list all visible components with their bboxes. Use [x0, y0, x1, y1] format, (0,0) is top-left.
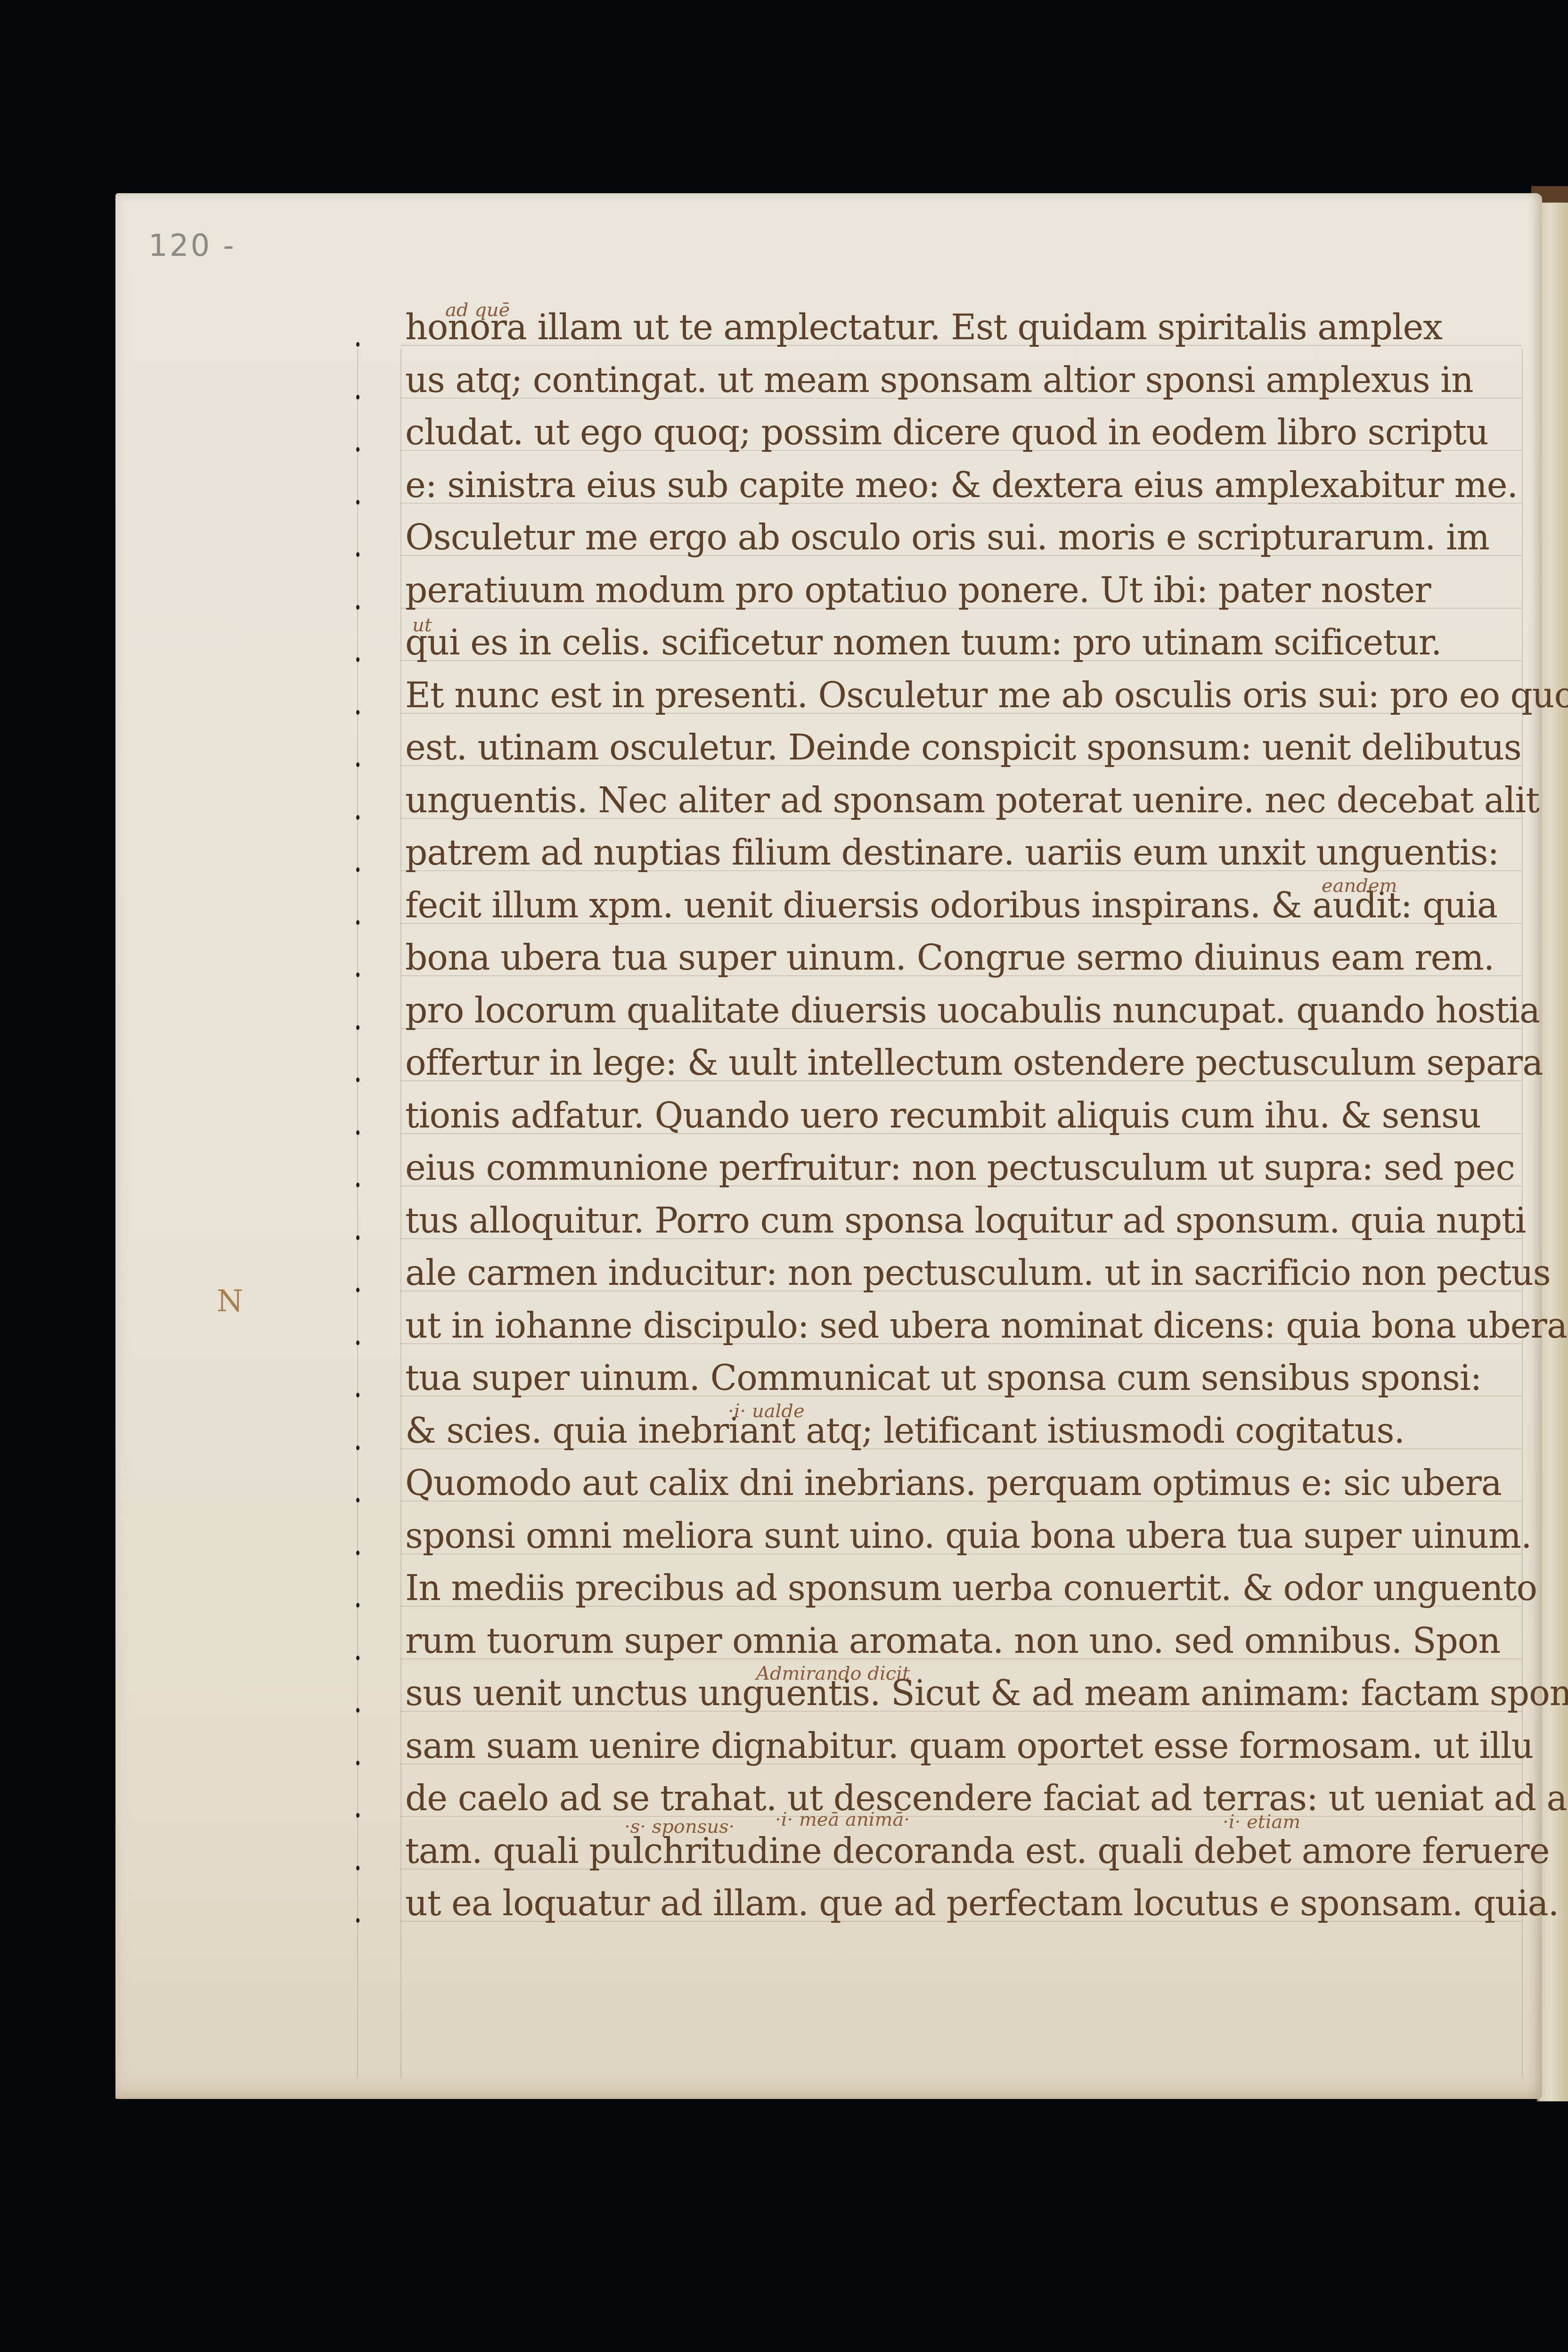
- interlinear-gloss: ·i· meā animā·: [775, 1809, 910, 1830]
- pricking-hole: [356, 1183, 359, 1187]
- pricking-hole: [356, 1866, 359, 1870]
- manuscript-line: ale carmen inducitur: non pectusculum. u…: [405, 1247, 1522, 1299]
- pricking-hole: [356, 1288, 359, 1292]
- pricking-hole: [356, 1393, 359, 1397]
- pricking-hole: [356, 1025, 359, 1030]
- manuscript-line: In mediis precibus ad sponsum uerba conu…: [405, 1562, 1522, 1614]
- manuscript-line: peratiuum modum pro optatiuo ponere. Ut …: [405, 564, 1522, 616]
- pricking-hole: [356, 447, 359, 452]
- interlinear-gloss: ad quē: [445, 299, 510, 321]
- manuscript-line: unguentis. Nec aliter ad sponsam poterat…: [405, 775, 1522, 826]
- pricking-hole: [356, 867, 359, 872]
- manuscript-line: us atq; contingat. ut meam sponsam altio…: [405, 354, 1522, 406]
- manuscript-line: tam. quali pulchritudine decoranda est. …: [405, 1825, 1522, 1877]
- manuscript-line: offertur in lege: & uult intellectum ost…: [405, 1037, 1522, 1089]
- pricking-hole: [356, 762, 359, 767]
- manuscript-line: cludat. ut ego quoq; possim dicere quod …: [405, 407, 1522, 458]
- margin-nota-mark: N: [217, 1284, 243, 1319]
- interlinear-gloss: ·i· ualde: [728, 1400, 805, 1422]
- manuscript-line: sam suam uenire dignabitur. quam oportet…: [405, 1720, 1522, 1772]
- pricking-hole: [356, 1498, 359, 1503]
- manuscript-line: tionis adfatur. Quando uero recumbit ali…: [405, 1090, 1522, 1142]
- manuscript-line: bona ubera tua super uinum. Congrue serm…: [405, 932, 1522, 984]
- pricking-hole: [356, 1708, 359, 1713]
- pricking-hole: [356, 1130, 359, 1135]
- pricking-hole: [356, 657, 359, 662]
- manuscript-line: tua super uinum. Communicat ut sponsa cu…: [405, 1352, 1522, 1404]
- manuscript-line: tus alloquitur. Porro cum sponsa loquitu…: [405, 1195, 1522, 1247]
- pricking-hole: [356, 1551, 359, 1555]
- manuscript-line: Osculetur me ergo ab osculo oris sui. mo…: [405, 512, 1522, 563]
- pricking-hole: [356, 1656, 359, 1660]
- pricking-hole: [356, 920, 359, 925]
- pricking-hole: [356, 1918, 359, 1923]
- pricking-hole: [356, 972, 359, 977]
- pricking-hole: [356, 395, 359, 400]
- pricking-hole: [356, 605, 359, 610]
- folio-number: 120 -: [148, 229, 236, 263]
- pricking-hole: [356, 1445, 359, 1450]
- manuscript-line: eius communione perfruitur: non pectuscu…: [405, 1142, 1522, 1194]
- manuscript-line: sponsi omni meliora sunt uino. quia bona…: [405, 1510, 1522, 1562]
- manuscript-line: patrem ad nuptias filium destinare. uari…: [405, 827, 1522, 879]
- manuscript-line: Quomodo aut calix dni inebrians. perquam…: [405, 1457, 1522, 1509]
- interlinear-gloss: ·i· etiam: [1223, 1811, 1300, 1833]
- pricking-hole: [356, 1235, 359, 1240]
- manuscript-line: de caelo ad se trahat. ut descendere fac…: [405, 1772, 1522, 1824]
- manuscript-line: ut in iohanne discipulo: sed ubera nomin…: [405, 1300, 1522, 1352]
- manuscript-line: qui es in celis. scificetur nomen tuum: …: [405, 617, 1522, 669]
- manuscript-line: Et nunc est in presenti. Osculetur me ab…: [405, 670, 1522, 721]
- manuscript-line: ut ea loquatur ad illam. que ad perfecta…: [405, 1878, 1522, 1929]
- pricking-hole: [356, 1078, 359, 1082]
- pricking-hole: [356, 552, 359, 557]
- manuscript-line: pro locorum qualitate diuersis uocabulis…: [405, 985, 1522, 1037]
- manuscript-line: rum tuorum super omnia aromata. non uno.…: [405, 1615, 1522, 1667]
- pricking-hole: [356, 1813, 359, 1818]
- pricking-hole: [356, 815, 359, 820]
- manuscript-page: 120 - N honora illam ut te amplectatur. …: [115, 193, 1542, 2099]
- pricking-hole: [356, 1761, 359, 1765]
- pricking-hole: [356, 1603, 359, 1608]
- manuscript-line: e: sinistra eius sub capite meo: & dexte…: [405, 459, 1522, 511]
- manuscript-line: honora illam ut te amplectatur. Est quid…: [405, 302, 1522, 353]
- pricking-hole: [356, 710, 359, 715]
- manuscript-line: & scies. quia inebriant atq; letificant …: [405, 1405, 1522, 1457]
- interlinear-gloss: eandem: [1322, 875, 1397, 897]
- pricking-hole: [356, 1340, 359, 1345]
- manuscript-line: sus uenit unctus unguentis. Sicut & ad m…: [405, 1667, 1522, 1719]
- pricking-hole: [356, 500, 359, 505]
- manuscript-line: est. utinam osculetur. Deinde conspicit …: [405, 722, 1522, 774]
- interlinear-gloss: ·s· sponsus·: [624, 1816, 735, 1837]
- interlinear-gloss: Admirando dicit: [756, 1663, 910, 1684]
- interlinear-gloss: ut: [412, 614, 432, 636]
- pricking-hole: [356, 342, 359, 347]
